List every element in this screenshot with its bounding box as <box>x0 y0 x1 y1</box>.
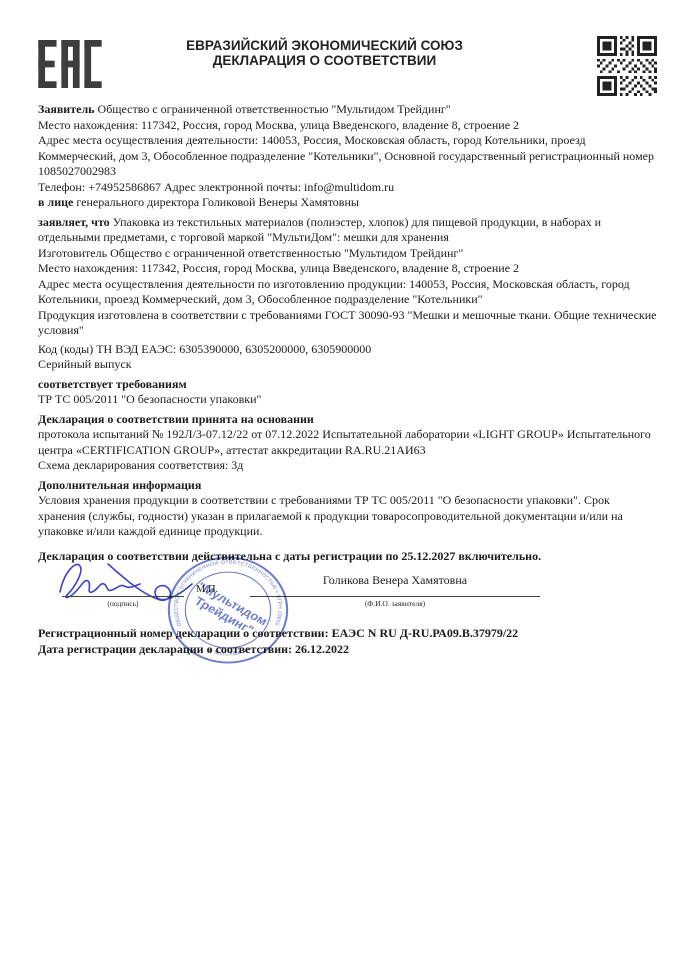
registration-date-line: Дата регистрации декларации о соответств… <box>38 642 657 658</box>
applicant-location: Место нахождения: 117342, Россия, город … <box>38 118 657 134</box>
signature-block: (подпись) М.П. Голикова Венера Хамятовна… <box>38 568 657 626</box>
scheme-line: Схема декларирования соответствия: 3д <box>38 458 657 474</box>
document-body: Заявитель Общество с ограниченной ответс… <box>0 96 693 657</box>
in-person-label: в лице <box>38 195 73 209</box>
applicant-line: Заявитель Общество с ограниченной ответс… <box>38 102 657 118</box>
product-description: Упаковка из текстильных материалов (поли… <box>38 215 601 245</box>
qr-code-icon <box>597 36 657 96</box>
document-title: ДЕКЛАРАЦИЯ О СООТВЕТСТВИИ <box>112 53 537 68</box>
registration-number-line: Регистрационный номер декларации о соотв… <box>38 626 657 642</box>
manufacturing-address: Адрес места осуществления деятельности п… <box>38 277 657 308</box>
applicant-contacts: Телефон: +74952586867 Адрес электронной … <box>38 180 657 196</box>
declares-line: заявляет, что Упаковка из текстильных ма… <box>38 215 657 246</box>
declaration-document: ЕВРАЗИЙСКИЙ ЭКОНОМИЧЕСКИЙ СОЮЗ ДЕКЛАРАЦИ… <box>0 0 693 980</box>
basis-heading: Декларация о соответствии принята на осн… <box>38 412 657 428</box>
release-type: Серийный выпуск <box>38 357 657 373</box>
applicant-in-person: в лице генерального директора Голиковой … <box>38 195 657 211</box>
compliance-heading: соответствует требованиям <box>38 377 657 393</box>
signer-rule <box>250 596 540 597</box>
manufacturer-location: Место нахождения: 117342, Россия, город … <box>38 261 657 277</box>
svg-text:★ МОСКВА ★: ★ МОСКВА ★ <box>206 647 251 657</box>
signer-name: Голикова Венера Хамятовна <box>250 573 540 589</box>
stamp-rim-bottom-text: ★ МОСКВА ★ <box>206 647 251 657</box>
applicant-label: Заявитель <box>38 102 95 116</box>
union-title: ЕВРАЗИЙСКИЙ ЭКОНОМИЧЕСКИЙ СОЮЗ <box>112 38 537 53</box>
applicant-name: Общество с ограниченной ответственностью… <box>98 102 451 116</box>
in-person-value: генерального директора Голиковой Венеры … <box>76 195 359 209</box>
tnved-line: Код (коды) ТН ВЭД ЕАЭС: 6305390000, 6305… <box>38 342 657 358</box>
gost-line: Продукция изготовлена в соответствии с т… <box>38 308 657 339</box>
eac-logo-icon <box>38 40 102 88</box>
header-titles: ЕВРАЗИЙСКИЙ ЭКОНОМИЧЕСКИЙ СОЮЗ ДЕКЛАРАЦИ… <box>102 36 597 68</box>
header: ЕВРАЗИЙСКИЙ ЭКОНОМИЧЕСКИЙ СОЮЗ ДЕКЛАРАЦИ… <box>0 0 693 96</box>
company-round-stamp-icon: ОБЩЕСТВО С ОГРАНИЧЕННОЙ ОТВЕТСТВЕННОСТЬЮ… <box>165 554 291 666</box>
basis-text: протокола испытаний № 192Л/3-07.12/22 от… <box>38 427 657 458</box>
applicant-activity-address: Адрес места осуществления деятельности: … <box>38 133 657 180</box>
additional-heading: Дополнительная информация <box>38 478 657 494</box>
regulation-line: ТР ТС 005/2011 "О безопасности упаковки" <box>38 392 657 408</box>
declares-label: заявляет, что <box>38 215 110 229</box>
manufacturer-line: Изготовитель Общество с ограниченной отв… <box>38 246 657 262</box>
signer-caption: (Ф.И.О. заявителя) <box>250 599 540 608</box>
additional-text: Условия хранения продукции в соответстви… <box>38 493 657 540</box>
